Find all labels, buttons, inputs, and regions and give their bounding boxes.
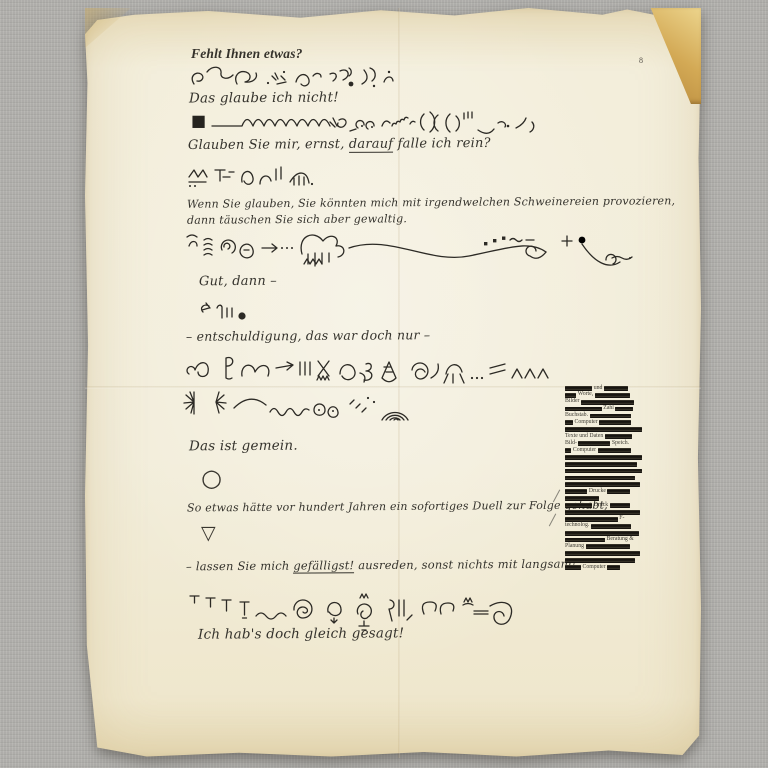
redaction-row — [565, 469, 645, 474]
redaction-bar — [565, 558, 635, 563]
scribble-glyph-row-7 — [182, 588, 530, 630]
handwritten-line-6: Das ist gemein. — [189, 438, 298, 455]
redaction-bar — [565, 503, 592, 508]
redaction-bar — [565, 517, 618, 522]
redaction-bar — [565, 393, 576, 398]
redaction-bar — [565, 489, 587, 494]
handwritten-line-4: Gut, dann – — [199, 274, 277, 290]
redaction-visible-word: Bild- — [565, 441, 577, 447]
redaction-bar — [610, 503, 631, 508]
redaction-row — [565, 531, 645, 536]
redaction-visible-word: Computer — [575, 420, 598, 426]
redaction-bar — [586, 544, 631, 549]
redaction-visible-word: Speich. — [612, 441, 629, 447]
redaction-row: Computer — [565, 565, 645, 570]
redaction-bar — [590, 414, 632, 419]
redaction-bar — [615, 407, 633, 412]
line8-pre: – lassen Sie mich — [186, 559, 293, 574]
redaction-bar — [565, 455, 642, 460]
redaction-row: Drucke — [565, 489, 645, 494]
redaction-visible-word: Zahl — [603, 406, 614, 412]
redaction-row: Beratung & — [565, 538, 645, 543]
redaction-visible-word: Computer — [583, 565, 606, 571]
redaction-bar — [565, 386, 592, 391]
redaction-bar — [595, 393, 630, 398]
redaction-row — [565, 496, 645, 501]
redaction-bar — [581, 400, 634, 405]
scribble-glyph-row-4 — [184, 232, 632, 276]
redaction-visible-word: Planung — [565, 544, 584, 550]
redaction-row — [565, 551, 645, 556]
scribble-glyph-row-5 — [184, 348, 576, 394]
redaction-row: Druck — [565, 503, 645, 508]
redaction-visible-word: technolog. — [565, 523, 589, 529]
line8-underlined-word: gefälligst! — [293, 558, 354, 573]
redaction-visible-word: Buchstab. — [565, 413, 588, 419]
redaction-row — [565, 476, 645, 481]
redaction-row — [565, 510, 645, 515]
redaction-visible-word: F- — [619, 516, 624, 522]
redaction-bar — [565, 531, 639, 536]
redaction-bar — [565, 462, 637, 467]
redaction-row — [565, 427, 645, 432]
redaction-visible-word: Computer — [573, 448, 596, 454]
handwritten-line-2: Glauben Sie mir, ernst, darauf falle ich… — [188, 136, 491, 153]
redaction-visible-word: Texte und Daten — [565, 434, 603, 440]
redaction-visible-word: und — [594, 386, 603, 392]
redaction-bar — [565, 448, 571, 453]
redaction-bar — [565, 510, 640, 515]
handwritten-line-8: – lassen Sie mich gefälligst! ausreden, … — [186, 557, 577, 574]
redaction-row: Computer — [565, 420, 645, 425]
line2-underlined-word: darauf — [349, 137, 394, 153]
redaction-bar — [607, 565, 620, 570]
handwritten-line-5: – entschuldigung, das war doch nur – — [186, 327, 430, 344]
redaction-row: F- — [565, 517, 645, 522]
circle-symbol: ○ — [201, 466, 222, 490]
redaction-bar — [604, 386, 628, 391]
redaction-row — [565, 462, 645, 467]
redaction-row: Bild-Speich. — [565, 441, 645, 446]
redaction-bar — [565, 407, 602, 412]
scribble-glyph-mini — [197, 300, 251, 326]
redaction-row: und — [565, 386, 645, 391]
line2-post: falle ich rein? — [393, 136, 490, 152]
redaction-visible-word: Drucke — [589, 489, 606, 495]
redaction-row — [565, 482, 645, 487]
handwritten-line-9: Ich hab's doch gleich gesagt! — [198, 625, 404, 642]
handwritten-line-3b: dann täuschen Sie sich aber gewaltig. — [187, 212, 407, 227]
redaction-bar — [565, 482, 640, 487]
redaction-row — [565, 455, 645, 460]
redaction-row: Buchstab. — [565, 414, 645, 419]
redaction-bar — [565, 496, 599, 501]
redaction-row — [565, 558, 645, 563]
page-title: Fehlt Ihnen etwas? — [191, 46, 303, 62]
redaction-bar — [565, 476, 635, 481]
redaction-bar — [565, 469, 642, 474]
scribble-glyph-row-6 — [182, 390, 436, 432]
redacted-stamp-block: undWorte,BilderZahlBuchstab.ComputerText… — [565, 386, 645, 570]
redaction-bar — [578, 441, 610, 446]
line8-post: ausreden, sonst nichts mit langsam! — [354, 557, 576, 573]
redaction-row: Computer — [565, 448, 645, 453]
page-number: 8 — [639, 56, 643, 65]
redaction-visible-word: Worte, — [578, 392, 593, 398]
handwritten-line-1: Das glaube ich nicht! — [189, 89, 339, 106]
scribble-glyph-row-3 — [186, 162, 374, 196]
redaction-bar — [598, 448, 632, 453]
line2-pre: Glauben Sie mir, ernst, — [188, 137, 349, 153]
redaction-bar — [565, 538, 605, 543]
redaction-row: Bilder — [565, 400, 645, 405]
triangle-symbol: ▽ — [201, 524, 216, 543]
redaction-row: Worte, — [565, 393, 645, 398]
redaction-row: technolog. — [565, 524, 645, 529]
redaction-bar — [565, 565, 581, 570]
redaction-bar — [605, 434, 632, 439]
redaction-bar — [599, 420, 631, 425]
redaction-bar — [565, 420, 573, 425]
redaction-row: Zahl — [565, 407, 645, 412]
redaction-bar — [591, 524, 631, 529]
redaction-row: Texte und Daten — [565, 434, 645, 439]
scanned-document-photo: Fehlt Ihnen etwas? 8 Das glaube ich nich… — [0, 0, 768, 768]
redaction-bar — [607, 489, 629, 494]
redaction-visible-word: Bilder — [565, 399, 580, 405]
redaction-visible-word: Druck — [594, 503, 609, 509]
redaction-bar — [565, 551, 640, 556]
filled-square-symbol: ■ — [191, 113, 206, 129]
redaction-bar — [565, 427, 642, 432]
redaction-visible-word: Beratung & — [607, 537, 634, 543]
redaction-row: Planung — [565, 544, 645, 549]
